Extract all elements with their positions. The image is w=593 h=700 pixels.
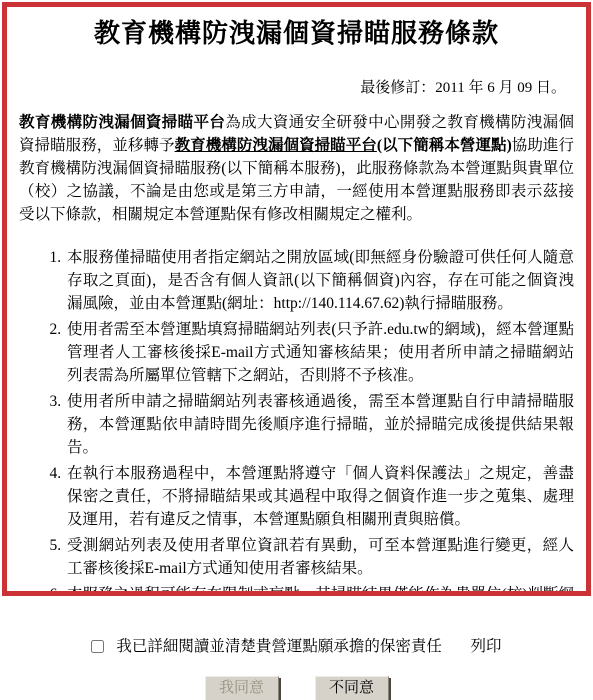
consent-row: 我已詳細閱讀並清楚貴營運點願承擔的保密責任 列印: [0, 634, 593, 656]
terms-list: 本服務僅掃瞄使用者指定網站之開放區域(即無經身份驗證可供任何人隨意存取之頁面)，…: [19, 246, 574, 596]
page-title: 教育機構防洩漏個資掃瞄服務條款: [19, 13, 574, 50]
platform-name-underlined: 教育機構防洩漏個資掃瞄平台: [175, 137, 377, 154]
terms-panel: 教育機構防洩漏個資掃瞄服務條款 最後修訂：2011 年 6 月 09 日。 教育…: [2, 2, 591, 596]
consent-label: 我已詳細閱讀並清楚貴營運點願承擔的保密責任: [116, 638, 442, 655]
operator-alias-bold: (以下簡稱本營運點): [377, 137, 512, 154]
print-link[interactable]: 列印: [471, 638, 502, 655]
term-item-6: 本服務之過程可能存在限制或盲點，其掃瞄結果僅能作為貴單位(校)判斷網站是否含有個…: [65, 583, 574, 596]
term-item-2: 使用者需至本營運點填寫掃瞄網站列表(只予許.edu.tw的網域)，經本營運點管理…: [65, 318, 574, 387]
term-item-1: 本服務僅掃瞄使用者指定網站之開放區域(即無經身份驗證可供任何人隨意存取之頁面)，…: [65, 246, 574, 315]
button-row: 我同意 不同意: [0, 676, 593, 700]
platform-name-bold: 教育機構防洩漏個資掃瞄平台: [19, 114, 225, 131]
term-item-4: 在執行本服務過程中，本營運點將遵守「個人資料保護法」之規定，善盡保密之責任，不將…: [65, 462, 574, 531]
agree-button[interactable]: 我同意: [205, 676, 279, 700]
disagree-button[interactable]: 不同意: [315, 676, 389, 700]
term-item-3: 使用者所申請之掃瞄網站列表審核通過後，需至本營運點自行申請掃瞄服務，本營運點依申…: [65, 390, 574, 459]
intro-paragraph: 教育機構防洩漏個資掃瞄平台為成大資通安全研發中心開發之教育機構防洩漏個資掃瞄服務…: [19, 111, 574, 226]
last-modified-date: 最後修訂：2011 年 6 月 09 日。: [19, 76, 574, 97]
term-item-5: 受測網站列表及使用者單位資訊若有異動，可至本營運點進行變更，經人工審核後採E-m…: [65, 534, 574, 580]
consent-checkbox[interactable]: [91, 640, 104, 653]
